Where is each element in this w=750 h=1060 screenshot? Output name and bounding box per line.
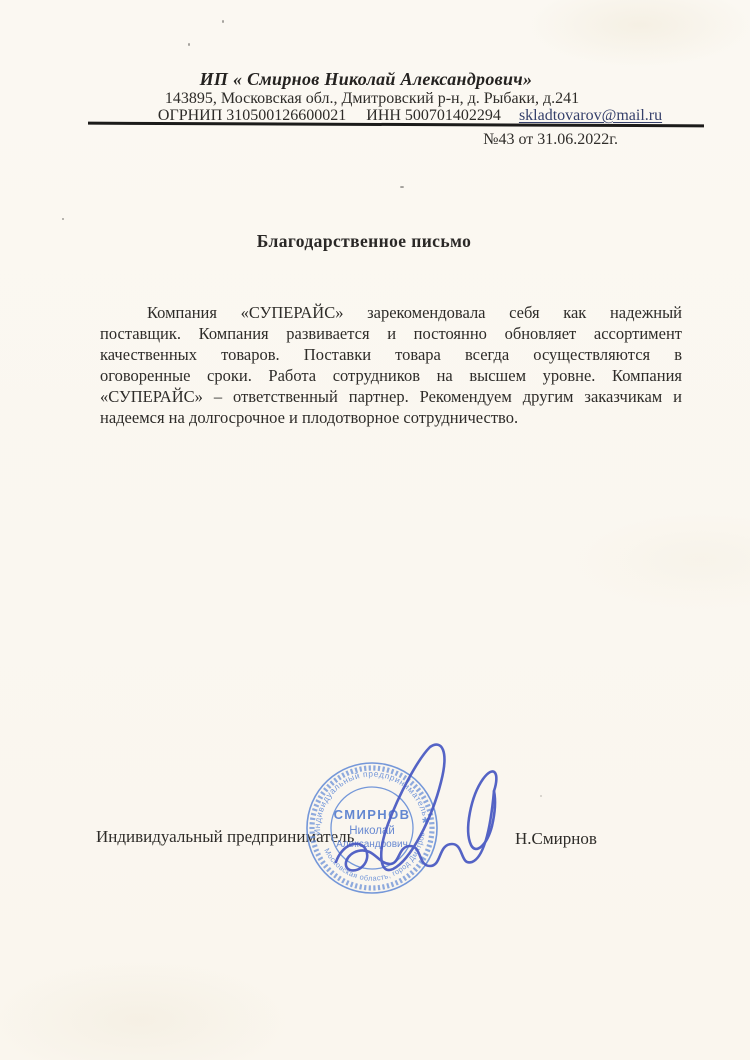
- stamp-patronymic: Александрович: [336, 839, 408, 850]
- scan-speck: [400, 186, 404, 188]
- scan-speck: [222, 20, 224, 23]
- inn-number: ИНН 500701402294: [366, 107, 501, 124]
- email-link: skladtovarov@mail.ru: [519, 107, 662, 124]
- stamp-and-signature: Индивидуальный предприниматель Московска…: [280, 738, 520, 938]
- scan-speck: [188, 43, 190, 46]
- letter-title: Благодарственное письмо: [0, 231, 728, 252]
- body-line: поставщик. Компания развивается и постоя…: [100, 323, 682, 344]
- company-address: 143895, Московская обл., Дмитровский р-н…: [0, 90, 744, 108]
- company-name: ИП « Смирнов Николай Александрович»: [0, 69, 732, 90]
- scanned-letter-page: ИП « Смирнов Николай Александрович» 1438…: [0, 0, 750, 1060]
- body-line: Компания «СУПЕРАЙС» зарекомендовала себя…: [100, 302, 682, 323]
- letter-body: Компания «СУПЕРАЙС» зарекомендовала себя…: [100, 302, 682, 428]
- signatory-name: Н.Смирнов: [515, 829, 597, 849]
- scan-speck: [540, 795, 542, 797]
- body-line: «СУПЕРАЙС» – ответственный партнер. Реко…: [100, 386, 682, 407]
- body-line: оговоренные сроки. Работа сотрудников на…: [100, 365, 682, 386]
- body-line: надеемся на долгосрочное и плодотворное …: [100, 407, 682, 428]
- body-line: качественных товаров. Поставки товара вс…: [100, 344, 682, 365]
- scan-speck: [62, 218, 64, 220]
- stamp-surname: СМИРНОВ: [334, 807, 411, 822]
- document-number-date: №43 от 31.06.2022г.: [483, 131, 618, 149]
